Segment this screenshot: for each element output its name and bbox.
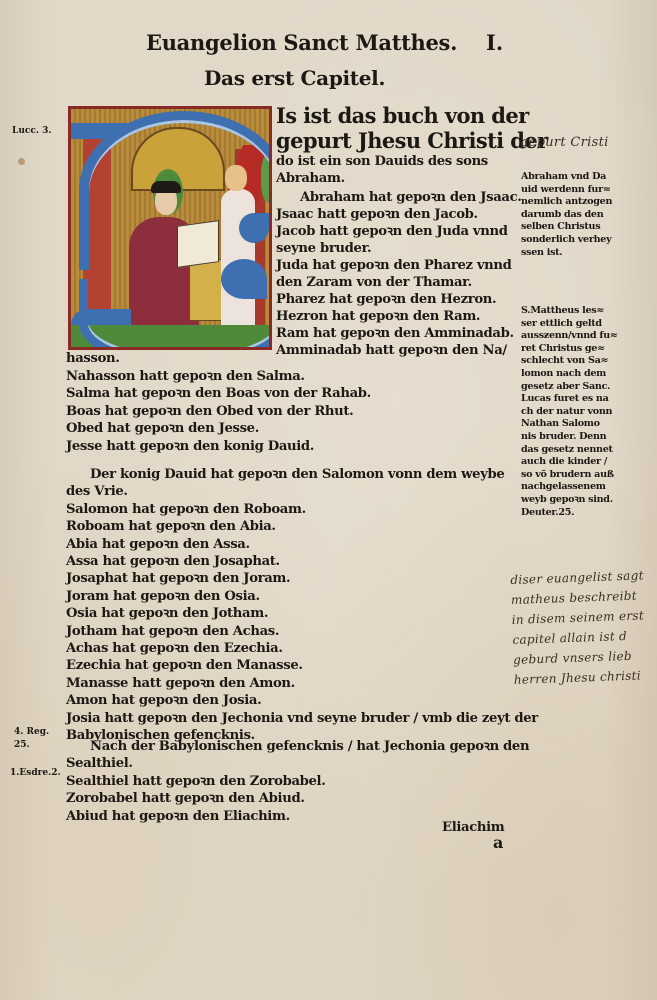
handwritten-line: herren Jhesu christi bbox=[513, 665, 647, 690]
text-line: do ist ein son Dauids des sons bbox=[276, 153, 548, 170]
text-line: Juda hat gepoꝛn den Pharez vnnd bbox=[276, 257, 522, 274]
text-line: Jacob hatt gepoꝛn den Juda vnnd bbox=[276, 223, 522, 240]
opening-line: Is ist das buch von der bbox=[276, 103, 548, 128]
text-line: Osia hat gepoꝛn den Jotham. bbox=[66, 605, 538, 622]
gloss-line: gesetz aber Sanc. bbox=[521, 381, 618, 394]
gloss-line: sonderlich verhey bbox=[521, 234, 612, 247]
opening-block: Is ist das buch von der gepurt Jhesu Chr… bbox=[276, 103, 548, 187]
text-line: Roboam hat gepoꝛn den Abia. bbox=[66, 518, 538, 535]
text-line: Manasse hatt gepoꝛn den Amon. bbox=[66, 675, 538, 692]
acanthus-curl-icon bbox=[71, 309, 131, 325]
gloss-line: nemlich antzogen bbox=[521, 196, 612, 209]
text-line: Nach der Babylonischen gefencknis / hat … bbox=[66, 738, 529, 755]
handwritten-annotation: diser euangelist sagt matheus beschreibt… bbox=[510, 565, 648, 690]
folio-number: I. bbox=[486, 30, 503, 55]
genealogy-block-1: hasson. Nahasson hatt gepoꝛn den Salma. … bbox=[66, 350, 371, 455]
running-title: Euangelion Sanct Matthes. bbox=[146, 30, 457, 55]
text-line: Hezron hat gepoꝛn den Ram. bbox=[276, 308, 522, 325]
acanthus-curl-icon bbox=[71, 123, 127, 139]
gloss-line: lomon nach dem bbox=[521, 368, 618, 381]
text-line: Sealthiel. bbox=[66, 755, 529, 772]
text-line: den Zaram von der Thamar. bbox=[276, 274, 522, 291]
text-line: Der konig Dauid hat gepoꝛn den Salomon v… bbox=[66, 466, 538, 483]
genealogy-block-3: Nach der Babylonischen gefencknis / hat … bbox=[66, 738, 529, 825]
margin-ref-luke: Lucc. 3. bbox=[12, 126, 52, 136]
text-line: Amon hat gepoꝛn den Josia. bbox=[66, 692, 538, 709]
text-line: Abraham. bbox=[276, 170, 548, 187]
text-line: hasson. bbox=[66, 350, 371, 368]
right-gloss-2: S.Mattheus les≈ ser ettlich geltd aussƶe… bbox=[521, 305, 618, 519]
acanthus-curl-icon bbox=[239, 213, 269, 243]
text-line: Abia hat gepoꝛn den Assa. bbox=[66, 536, 538, 553]
text-line: Jesse hatt gepoꝛn den konig Dauid. bbox=[66, 438, 371, 456]
gloss-line: S.Mattheus les≈ bbox=[521, 305, 618, 318]
acanthus-curl-icon bbox=[221, 259, 267, 299]
text-line: Ezechia hat gepoꝛn den Manasse. bbox=[66, 657, 538, 674]
text-line: seyne bruder. bbox=[276, 240, 522, 257]
text-line: Josia hatt gepoꝛn den Jechonia vnd seyne… bbox=[66, 710, 538, 727]
gloss-line: ssen ist. bbox=[521, 247, 612, 260]
woodcut-initial-d bbox=[68, 106, 272, 350]
gloss-line: auch die kinder / bbox=[521, 456, 618, 469]
text-line: Jotham hat gepoꝛn den Achas. bbox=[66, 623, 538, 640]
ink-stain bbox=[18, 158, 25, 165]
gloss-line: so vō brudern auß bbox=[521, 469, 618, 482]
gloss-line: uid werdenn fur≈ bbox=[521, 184, 612, 197]
gloss-line: aussƶenn/vnnd fu≈ bbox=[521, 330, 618, 343]
gloss-line: schlecht von Sa≈ bbox=[521, 355, 618, 368]
text-line: Jsaac hatt gepoꝛn den Jacob. bbox=[276, 206, 522, 223]
text-line: des Vrie. bbox=[66, 483, 538, 500]
gloss-line: weyb gepoꝛn sind. bbox=[521, 494, 618, 507]
gloss-line: Deuter.25. bbox=[521, 507, 618, 520]
text-line: Zorobabel hatt gepoꝛn den Abiud. bbox=[66, 790, 529, 807]
text-line: Abraham hat gepoꝛn den Jsaac. bbox=[276, 189, 522, 206]
gloss-line: nachgelassenem bbox=[521, 481, 618, 494]
margin-ref-esdras: 1.Esdre.2. bbox=[10, 768, 61, 778]
text-line: Salomon hat gepoꝛn den Roboam. bbox=[66, 501, 538, 518]
chapter-title: Das erst Capitel. bbox=[204, 66, 385, 90]
margin-ref-kings-2: 25. bbox=[14, 740, 30, 750]
right-gloss-1: Abraham vnd Da uid werdenn fur≈ nemlich … bbox=[521, 171, 612, 259]
gloss-line: nis bruder. Denn bbox=[521, 431, 618, 444]
gloss-line: ch der natur vonn bbox=[521, 406, 618, 419]
signature-mark: a bbox=[493, 833, 503, 853]
text-line: Obed hat gepoꝛn den Jesse. bbox=[66, 420, 371, 438]
gloss-line: Nathan Salomo bbox=[521, 418, 618, 431]
gloss-line: Abraham vnd Da bbox=[521, 171, 612, 184]
text-line: Ram hat gepoꝛn den Amminadab. bbox=[276, 325, 522, 342]
text-line: Josaphat hat gepoꝛn den Joram. bbox=[66, 570, 538, 587]
gloss-line: das gesetz nennet bbox=[521, 444, 618, 457]
gloss-line: darumb das den bbox=[521, 209, 612, 222]
text-line: Sealthiel hatt gepoꝛn den Zorobabel. bbox=[66, 773, 529, 790]
genealogy-beside-initial: Abraham hat gepoꝛn den Jsaac. Jsaac hatt… bbox=[276, 189, 522, 359]
genealogy-block-2: Der konig Dauid hat gepoꝛn den Salomon v… bbox=[66, 466, 538, 745]
opening-line: gepurt Jhesu Christi der bbox=[276, 128, 548, 153]
gloss-line: Lucas furet es na bbox=[521, 393, 618, 406]
margin-ref-kings-1: 4. Reg. bbox=[14, 727, 49, 737]
gloss-line: ser ettlich geltd bbox=[521, 318, 618, 331]
text-line: Achas hat gepoꝛn den Ezechia. bbox=[66, 640, 538, 657]
text-line: Pharez hat gepoꝛn den Hezron. bbox=[276, 291, 522, 308]
gloss-line: ret Christus ge≈ bbox=[521, 343, 618, 356]
handwritten-note-top: gepurt Cristi bbox=[520, 135, 609, 150]
gloss-line: selben Christus bbox=[521, 221, 612, 234]
text-line: Joram hat gepoꝛn den Osia. bbox=[66, 588, 538, 605]
text-line: Nahasson hatt gepoꝛn den Salma. bbox=[66, 368, 371, 386]
text-line: Assa hat gepoꝛn den Josaphat. bbox=[66, 553, 538, 570]
text-line: Boas hat gepoꝛn den Obed von der Rhut. bbox=[66, 403, 371, 421]
text-line: Salma hat gepoꝛn den Boas von der Rahab. bbox=[66, 385, 371, 403]
